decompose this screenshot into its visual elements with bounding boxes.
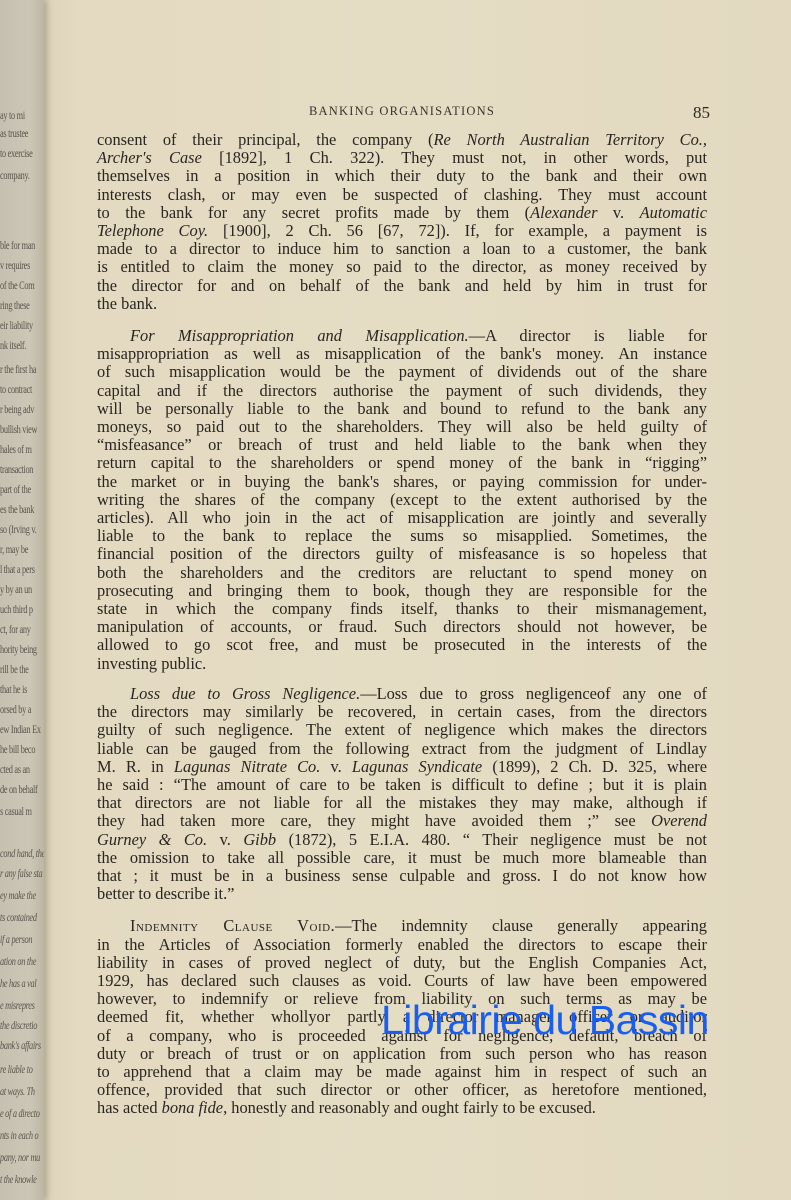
text-line: For Misappropriation and Misapplication.… [97, 327, 707, 345]
text-line: both the shareholders and the creditors … [97, 564, 707, 582]
text-line: made to a director to induce him to sanc… [97, 240, 707, 258]
facing-page-text-fragment: pany, nor mu [0, 1152, 40, 1164]
facing-page-text-fragment: ay to mi [0, 110, 25, 122]
text-line: of such misapplication would be the paym… [97, 363, 707, 381]
facing-page-text-fragment: nk itself. [0, 340, 26, 352]
facing-page-text-fragment: he has a val [0, 978, 36, 990]
text-line: will be personally liable to the bank an… [97, 400, 707, 418]
facing-page-text-fragment: bank's affairs [0, 1040, 41, 1052]
watermark: Librairie du Bassin [381, 997, 709, 1043]
text-line: the director for and on behalf of the ba… [97, 277, 707, 295]
facing-page-text-fragment: nts in each o [0, 1130, 38, 1142]
facing-page-text-fragment: that he is [0, 684, 27, 696]
text-line: the market or in buying the bank's share… [97, 473, 707, 491]
page-number: 85 [693, 103, 710, 123]
text-line: investing public. [97, 655, 707, 673]
text-line: has acted bona fide, honestly and reason… [97, 1099, 707, 1117]
text-line: capital and if the directors authorise t… [97, 382, 707, 400]
facing-page-text-fragment: as trustee [0, 128, 28, 140]
facing-page-text-fragment: rill be the [0, 664, 29, 676]
facing-page-text-fragment: ts contained [0, 912, 37, 924]
facing-page-text-fragment: ation on the [0, 956, 36, 968]
text-line: misappropriation as well as misapplicati… [97, 345, 707, 363]
text-line: prosecuting and bringing them to book, t… [97, 582, 707, 600]
book-page: ay to mias trusteeto exercisecompany.ble… [0, 0, 791, 1200]
facing-page-text-fragment: cted as an [0, 764, 30, 776]
running-head: BANKING ORGANISATIONS [309, 104, 495, 119]
text-line: “misfeasance” or breach of trust and hel… [97, 436, 707, 454]
facing-page-text-fragment: cond hand, the [0, 848, 44, 860]
facing-page-text-fragment: uch third p [0, 604, 33, 616]
facing-page-text-fragment: orsed by a [0, 704, 31, 716]
facing-page-text-fragment: v requires [0, 260, 30, 272]
facing-page-text-fragment: the discretio [0, 1020, 37, 1032]
facing-page-text-fragment: r being adv [0, 404, 34, 416]
text-line: interests clash, or may even be suspecte… [97, 186, 707, 204]
facing-page-text-fragment: e of a directo [0, 1108, 40, 1120]
text-line: liability in cases of proved neglect of … [97, 954, 707, 972]
facing-page-text-fragment: bullish view [0, 424, 37, 436]
facing-page-text-fragment: to contract [0, 384, 32, 396]
facing-page-text-fragment: hority being [0, 644, 37, 656]
facing-page-text-fragment: eir liability [0, 320, 33, 332]
text-line: moneys, so paid out to the shareholders.… [97, 418, 707, 436]
paragraph-gross-negligence: Loss due to Gross Negligence.—Loss due t… [97, 685, 707, 903]
text-line: allowed to go scot free, and must be pro… [97, 636, 707, 654]
text-line: that directors are not liable for all th… [97, 794, 707, 812]
facing-page-text-fragment: re liable to [0, 1064, 33, 1076]
text-line: the omission to take all possible care, … [97, 849, 707, 867]
facing-page-text-fragment: ring these [0, 300, 30, 312]
text-line: Archer's Case [1892], 1 Ch. 322). They m… [97, 149, 707, 167]
text-line: to apprehend that a claim may be made ag… [97, 1063, 707, 1081]
text-line: he said : “The amount of care to be take… [97, 776, 707, 794]
facing-page-text-fragment: l that a pers [0, 564, 35, 576]
body-text: consent of their principal, the company … [97, 131, 707, 1130]
text-line: writing the shares of the company (excep… [97, 491, 707, 509]
facing-page-text-fragment: r, may be [0, 544, 28, 556]
text-line: manipulation of accounts, or fraud. Such… [97, 618, 707, 636]
text-line: themselves in a position in which their … [97, 167, 707, 185]
text-line: to the bank for any secret profits made … [97, 204, 707, 222]
text-line: liable to the bank to replace the sums s… [97, 527, 707, 545]
facing-page-text-fragment: at ways. Th [0, 1086, 35, 1098]
text-line: duty or breach of trust or on applicatio… [97, 1045, 707, 1063]
text-line: articles). All who join in the act of mi… [97, 509, 707, 527]
facing-page-text-fragment: he bill beco [0, 744, 35, 756]
facing-page-text-fragment: company. [0, 170, 30, 182]
facing-page-text-fragment: if a person [0, 934, 32, 946]
text-line: they had taken more care, they might hav… [97, 812, 707, 830]
facing-page-text-fragment: r any false sta [0, 868, 42, 880]
paragraph-misappropriation: For Misappropriation and Misapplication.… [97, 327, 707, 673]
text-line: return capital to the shareholders or sp… [97, 454, 707, 472]
paragraph-fiduciary-duty: consent of their principal, the company … [97, 131, 707, 313]
facing-page-text-fragment: es the bank [0, 504, 34, 516]
facing-page-text-fragment: de on behalf [0, 784, 37, 796]
text-line: better to describe it.” [97, 885, 707, 903]
text-line: in the Articles of Association formerly … [97, 936, 707, 954]
facing-page-edge: ay to mias trusteeto exercisecompany.ble… [0, 0, 44, 1200]
text-line: that ; it must be in a business sense cu… [97, 867, 707, 885]
facing-page-text-fragment: to exercise [0, 148, 32, 160]
text-line: M. R. in Lagunas Nitrate Co. v. Lagunas … [97, 758, 707, 776]
text-line: Telephone Coy. [1900], 2 Ch. 56 [67, 72]… [97, 222, 707, 240]
text-line: Gurney & Co. v. Gibb (1872), 5 E.I.A. 48… [97, 831, 707, 849]
text-line: liable can be gauged from the following … [97, 740, 707, 758]
text-line: Loss due to Gross Negligence.—Loss due t… [97, 685, 707, 703]
facing-page-text-fragment: y by an un [0, 584, 32, 596]
text-line: Indemnity Clause Void.—The indemnity cla… [97, 917, 707, 935]
facing-page-text-fragment: ct, for any [0, 624, 31, 636]
text-line: the bank. [97, 295, 707, 313]
facing-page-text-fragment: ey make the [0, 890, 36, 902]
facing-page-text-fragment: ble for man [0, 240, 35, 252]
facing-page-text-fragment: t the knowle [0, 1174, 37, 1186]
text-line: consent of their principal, the company … [97, 131, 707, 149]
facing-page-text-fragment: so (Irving v. [0, 524, 36, 536]
facing-page-text-fragment: transaction [0, 464, 33, 476]
facing-page-text-fragment: part of the [0, 484, 31, 496]
facing-page-text-fragment: hales of m [0, 444, 32, 456]
facing-page-text-fragment: s casual m [0, 806, 32, 818]
facing-page-text-fragment: e misrepres [0, 1000, 35, 1012]
facing-page-text-fragment: of the Com [0, 280, 34, 292]
text-line: offence, provided that such director or … [97, 1081, 707, 1099]
text-line: 1929, has declared such clauses as void.… [97, 972, 707, 990]
text-line: the directors may similarly be recovered… [97, 703, 707, 721]
text-line: guilty of such negligence. The extent of… [97, 721, 707, 739]
text-line: financial position of the directors guil… [97, 545, 707, 563]
facing-page-text-fragment: ew Indian Ex [0, 724, 41, 736]
text-line: state in which the company finds itself,… [97, 600, 707, 618]
text-line: is entitled to claim the money so paid t… [97, 258, 707, 276]
facing-page-text-fragment: r the first ha [0, 364, 36, 376]
